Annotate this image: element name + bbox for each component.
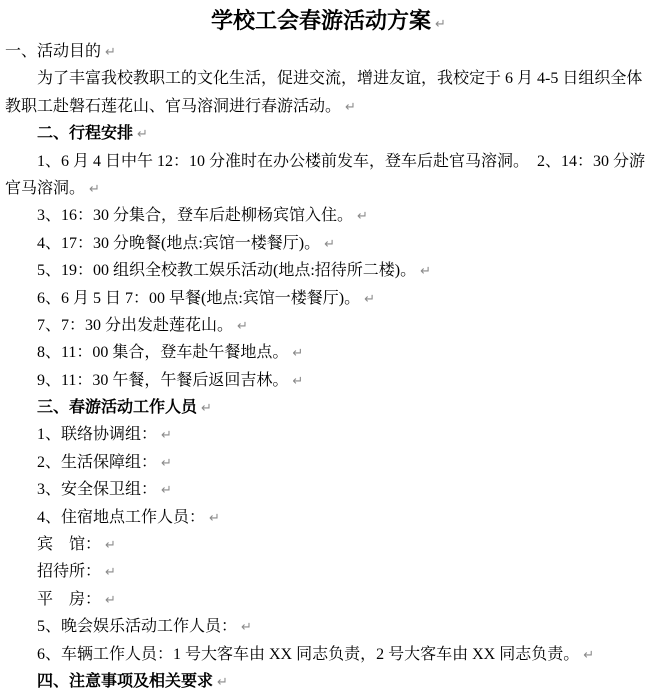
itinerary-item-7-line-1: 7、7：30 分出发赴莲花山。↵ bbox=[5, 312, 652, 339]
itinerary-item-6-line-1: 6、6 月 5 日 7：00 早餐(地点:宾馆一楼餐厅)。↵ bbox=[5, 285, 652, 312]
document-title-line-1: 学校工会春游活动方案↵ bbox=[5, 5, 652, 38]
staff-item-4-hotel-line-1: 宾 馆：↵ bbox=[5, 531, 652, 558]
staff-item-4-line-1: 4、住宿地点工作人员：↵ bbox=[5, 504, 652, 531]
staff-item-6-line-1: 6、车辆工作人员：1 号大客车由 XX 同志负责，2 号大客车由 XX 同志负责… bbox=[5, 641, 652, 668]
staff-item-3-line-1: 3、安全保卫组：↵ bbox=[5, 476, 652, 503]
paragraph-mark-icon: ↵ bbox=[583, 648, 594, 663]
staff-item-4-guesthouse: 招待所：↵ bbox=[5, 558, 652, 585]
paragraph-mark-icon: ↵ bbox=[324, 237, 335, 252]
section-heading-4-line-1: 四、注意事项及相关要求↵ bbox=[5, 668, 652, 695]
paragraph-mark-icon: ↵ bbox=[292, 346, 303, 361]
paragraph-mark-icon: ↵ bbox=[89, 182, 100, 197]
purpose-paragraph: 为了丰富我校教职工的文化生活，促进交流，增进友谊，我校定于 6 月 4-5 日组… bbox=[5, 65, 652, 120]
itinerary-item-7: 7、7：30 分出发赴莲花山。↵ bbox=[5, 312, 652, 339]
purpose-paragraph-line-2: 教职工赴磐石莲花山、官马溶洞进行春游活动。↵ bbox=[5, 93, 652, 120]
itinerary-item-3-line-1: 3、16：30 分集合，登车后赴柳杨宾馆入住。↵ bbox=[5, 202, 652, 229]
paragraph-mark-icon: ↵ bbox=[420, 264, 431, 279]
paragraph-mark-icon: ↵ bbox=[105, 45, 116, 60]
staff-item-3: 3、安全保卫组：↵ bbox=[5, 476, 652, 503]
staff-item-2: 2、生活保障组：↵ bbox=[5, 449, 652, 476]
staff-item-6: 6、车辆工作人员：1 号大客车由 XX 同志负责，2 号大客车由 XX 同志负责… bbox=[5, 641, 652, 668]
paragraph-mark-icon: ↵ bbox=[217, 675, 228, 690]
paragraph-mark-icon: ↵ bbox=[345, 100, 356, 115]
paragraph-mark-icon: ↵ bbox=[364, 292, 375, 307]
document-page: 学校工会春游活动方案↵一、活动目的↵为了丰富我校教职工的文化生活，促进交流，增进… bbox=[0, 0, 657, 695]
paragraph-mark-icon: ↵ bbox=[105, 538, 116, 553]
itinerary-item-8: 8、11：00 集合，登车赴午餐地点。↵ bbox=[5, 339, 652, 366]
itinerary-item-4: 4、17：30 分晚餐(地点:宾馆一楼餐厅)。↵ bbox=[5, 230, 652, 257]
itinerary-item-4-line-1: 4、17：30 分晚餐(地点:宾馆一楼餐厅)。↵ bbox=[5, 230, 652, 257]
section-heading-2-line-1: 二、行程安排↵ bbox=[5, 120, 652, 147]
staff-item-4-bungalow: 平 房：↵ bbox=[5, 586, 652, 613]
paragraph-mark-icon: ↵ bbox=[161, 428, 172, 443]
paragraph-mark-icon: ↵ bbox=[161, 456, 172, 471]
itinerary-item-1-2: 1、6 月 4 日中午 12：10 分准时在办公楼前发车，登车后赴官马溶洞。 2… bbox=[5, 148, 652, 203]
section-heading-3: 三、春游活动工作人员↵ bbox=[5, 394, 652, 421]
paragraph-mark-icon: ↵ bbox=[435, 17, 446, 32]
staff-item-5-line-1: 5、晚会娱乐活动工作人员：↵ bbox=[5, 613, 652, 640]
staff-item-4-hotel: 宾 馆：↵ bbox=[5, 531, 652, 558]
paragraph-mark-icon: ↵ bbox=[209, 511, 220, 526]
section-heading-2: 二、行程安排↵ bbox=[5, 120, 652, 147]
itinerary-item-8-line-1: 8、11：00 集合，登车赴午餐地点。↵ bbox=[5, 339, 652, 366]
paragraph-mark-icon: ↵ bbox=[105, 593, 116, 608]
paragraph-mark-icon: ↵ bbox=[237, 319, 248, 334]
paragraph-mark-icon: ↵ bbox=[105, 565, 116, 580]
section-heading-1: 一、活动目的↵ bbox=[5, 38, 652, 65]
paragraph-mark-icon: ↵ bbox=[201, 401, 212, 416]
itinerary-item-9: 9、11：30 午餐，午餐后返回吉林。↵ bbox=[5, 367, 652, 394]
itinerary-item-5-line-1: 5、19：00 组织全校教工娱乐活动(地点:招待所二楼)。↵ bbox=[5, 257, 652, 284]
itinerary-item-3: 3、16：30 分集合，登车后赴柳杨宾馆入住。↵ bbox=[5, 202, 652, 229]
itinerary-item-1-2-line-2: 官马溶洞。↵ bbox=[5, 175, 652, 202]
document-title: 学校工会春游活动方案↵ bbox=[5, 5, 652, 38]
paragraph-mark-icon: ↵ bbox=[161, 483, 172, 498]
section-heading-3-line-1: 三、春游活动工作人员↵ bbox=[5, 394, 652, 421]
itinerary-item-9-line-1: 9、11：30 午餐，午餐后返回吉林。↵ bbox=[5, 367, 652, 394]
itinerary-item-5: 5、19：00 组织全校教工娱乐活动(地点:招待所二楼)。↵ bbox=[5, 257, 652, 284]
staff-item-1: 1、联络协调组：↵ bbox=[5, 421, 652, 448]
paragraph-mark-icon: ↵ bbox=[241, 620, 252, 635]
staff-item-5: 5、晚会娱乐活动工作人员：↵ bbox=[5, 613, 652, 640]
paragraph-mark-icon: ↵ bbox=[137, 127, 148, 142]
purpose-paragraph-line-1: 为了丰富我校教职工的文化生活，促进交流，增进友谊，我校定于 6 月 4-5 日组… bbox=[5, 65, 652, 92]
staff-item-2-line-1: 2、生活保障组：↵ bbox=[5, 449, 652, 476]
staff-item-4-bungalow-line-1: 平 房：↵ bbox=[5, 586, 652, 613]
staff-item-4-guesthouse-line-1: 招待所：↵ bbox=[5, 558, 652, 585]
itinerary-item-1-2-line-1: 1、6 月 4 日中午 12：10 分准时在办公楼前发车，登车后赴官马溶洞。 2… bbox=[5, 148, 652, 175]
section-heading-1-line-1: 一、活动目的↵ bbox=[5, 38, 652, 65]
paragraph-mark-icon: ↵ bbox=[357, 209, 368, 224]
itinerary-item-6: 6、6 月 5 日 7：00 早餐(地点:宾馆一楼餐厅)。↵ bbox=[5, 285, 652, 312]
staff-item-4: 4、住宿地点工作人员：↵ bbox=[5, 504, 652, 531]
paragraph-mark-icon: ↵ bbox=[292, 374, 303, 389]
section-heading-4: 四、注意事项及相关要求↵ bbox=[5, 668, 652, 695]
staff-item-1-line-1: 1、联络协调组：↵ bbox=[5, 421, 652, 448]
